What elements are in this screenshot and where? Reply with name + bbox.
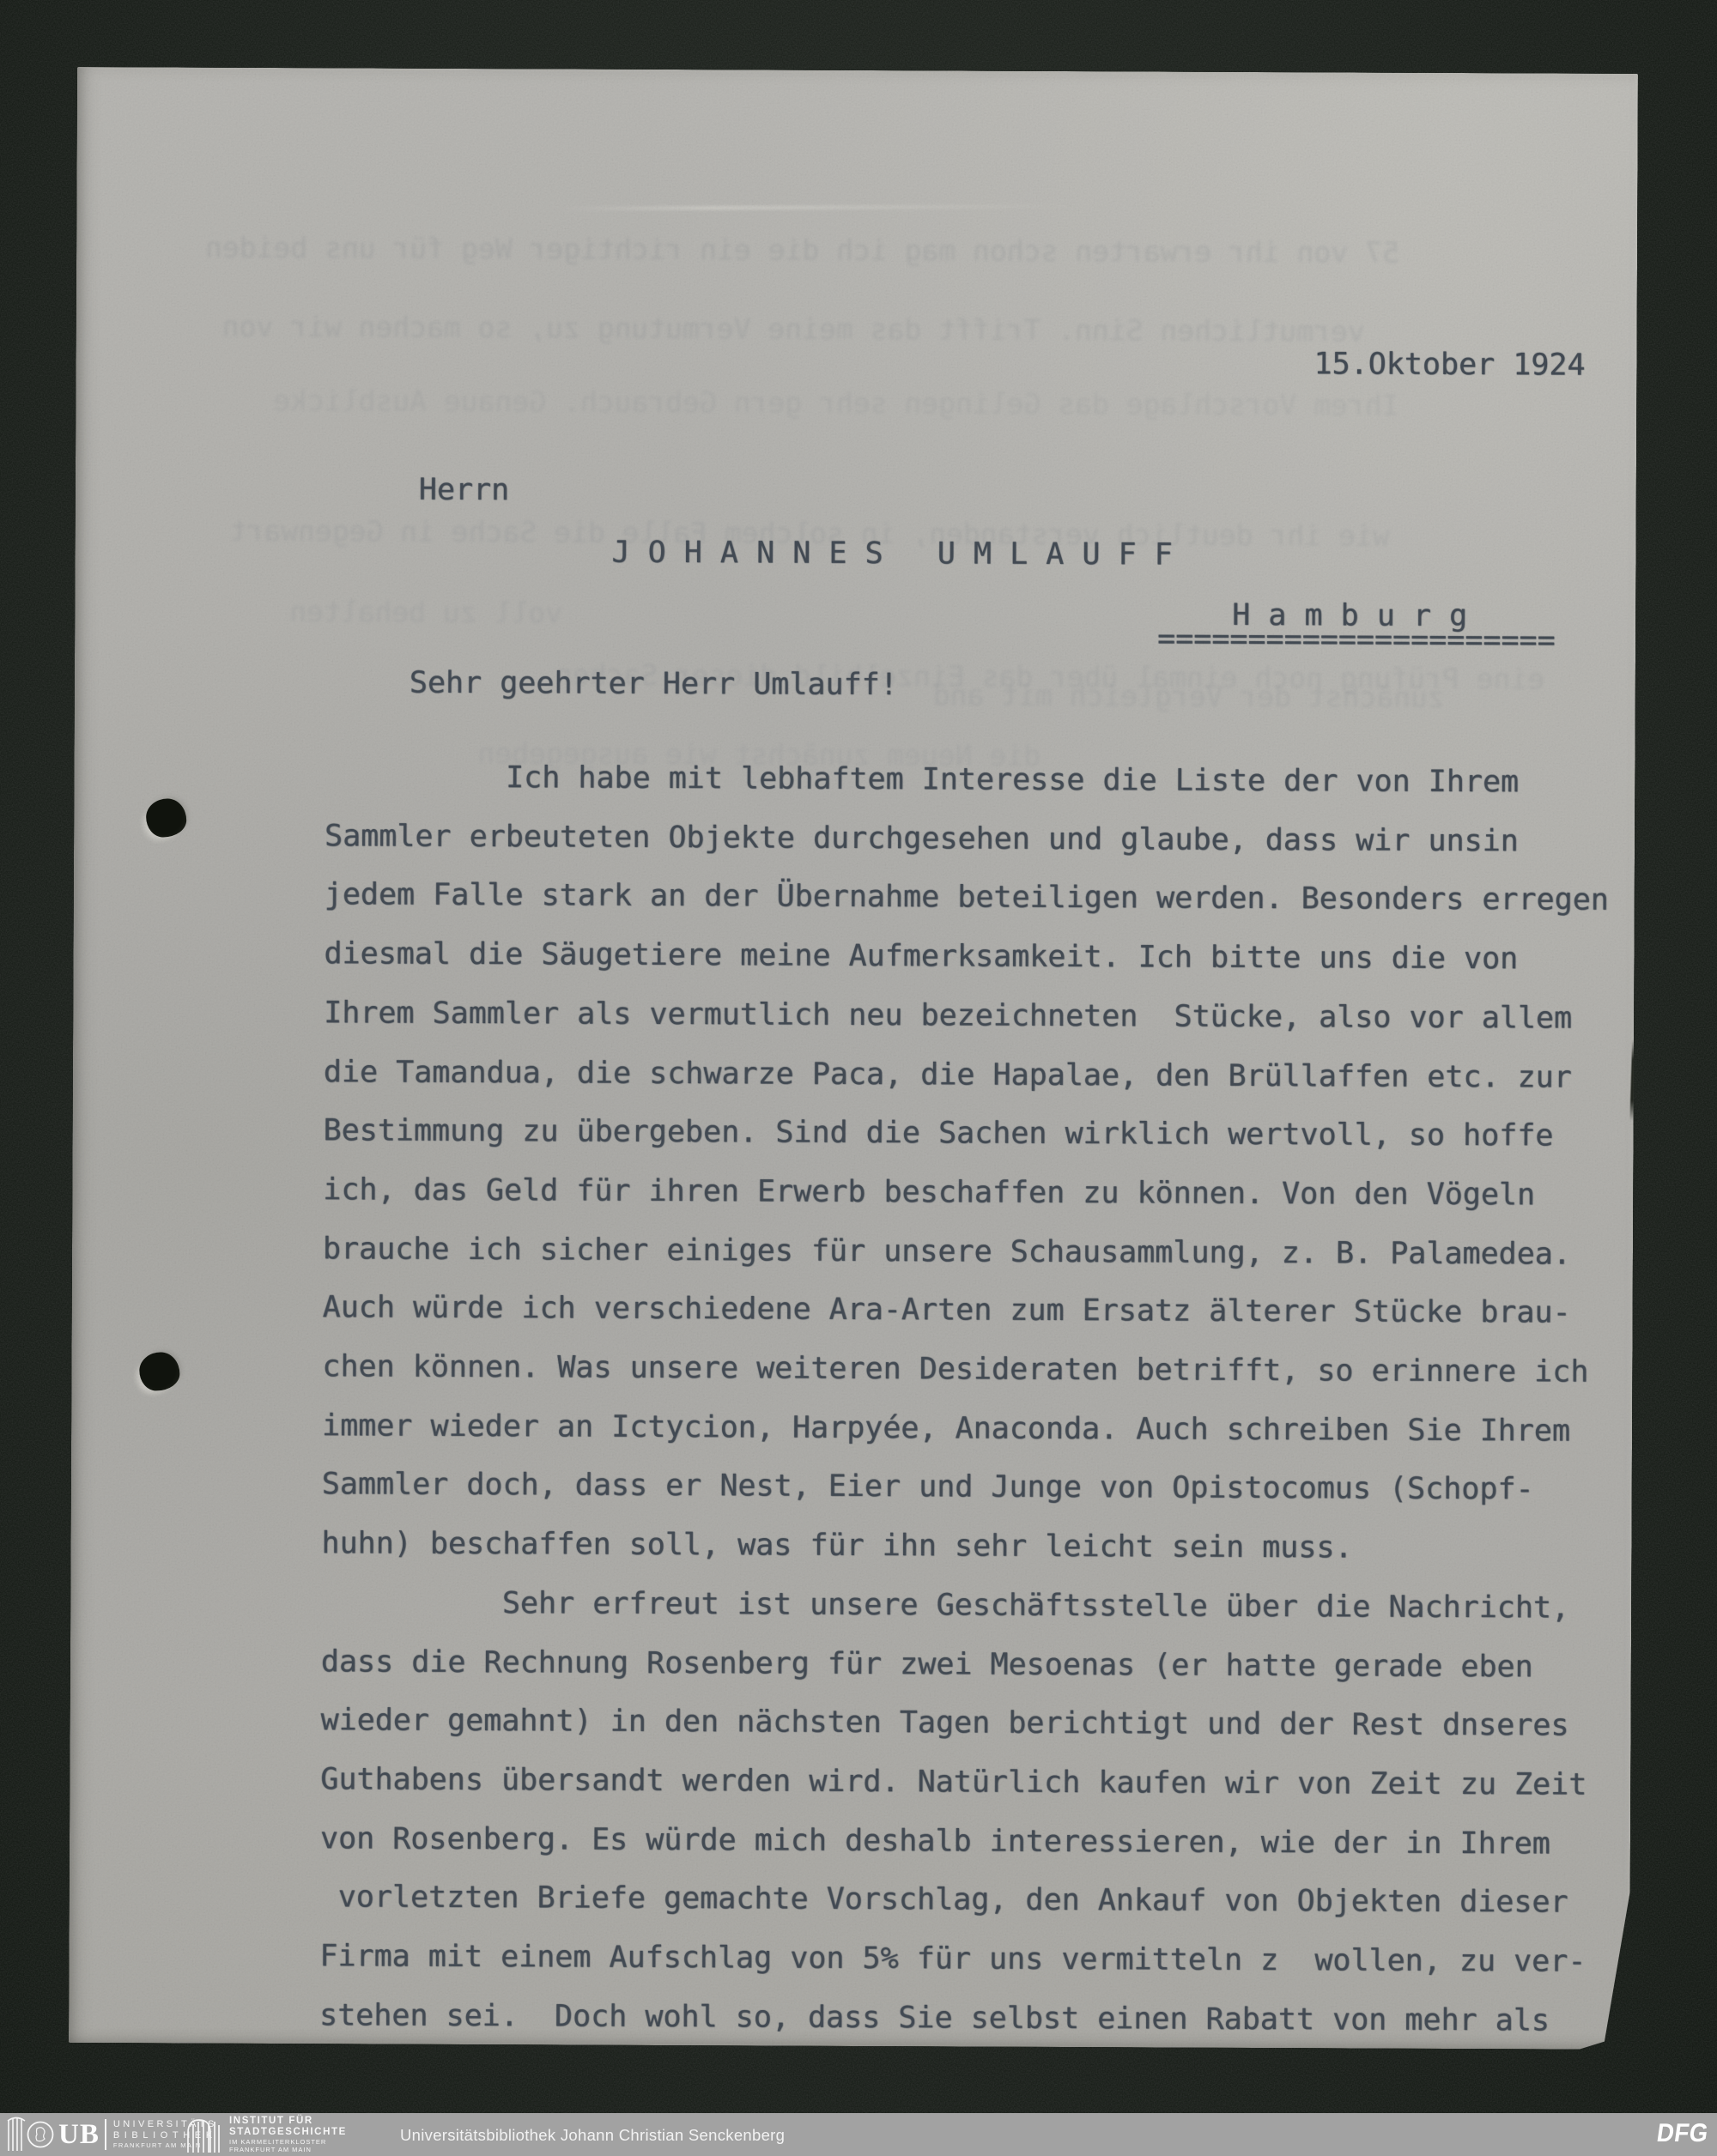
recipient-salutation: Herrn bbox=[419, 473, 510, 507]
paper-crease bbox=[557, 204, 1072, 210]
scanned-letter-view: 57 von ihr erwarten schon mag ich die ei… bbox=[0, 0, 1717, 2156]
recipient-name: J O H A N N E S U M L A U F F bbox=[611, 536, 1172, 572]
ub-columns-icon bbox=[7, 2117, 26, 2153]
punch-hole-top bbox=[146, 798, 186, 837]
institut-logo-text: INSTITUT FÜR STADTGESCHICHTE IM KARMELIT… bbox=[229, 2116, 347, 2154]
letter-greeting: Sehr geehrter Herr Umlauff! bbox=[410, 666, 898, 702]
bleed-through-text: voll zu behalten bbox=[289, 595, 562, 629]
bleed-through-text: zunächst der Vergleich mit and bbox=[933, 678, 1445, 714]
institut-line: STADTGESCHICHTE bbox=[229, 2127, 347, 2138]
logo-divider bbox=[105, 2119, 106, 2150]
bleed-through-text: 57 von ihr erwarten schon mag ich die ei… bbox=[205, 231, 1399, 269]
city-underline: ====================== bbox=[1157, 621, 1556, 657]
institut-line: FRANKFURT AM MAIN bbox=[229, 2146, 347, 2154]
footer-bar: UB UNIVERSITÄTS BIBLIOTHEK FRANKFURT AM … bbox=[0, 2113, 1717, 2156]
bleed-through-layer: 57 von ihr erwarten schon mag ich die ei… bbox=[77, 67, 1638, 74]
bleed-through-text: vermutlichen Sinn. Trifft das meine Verm… bbox=[222, 310, 1365, 348]
letter-page: 57 von ihr erwarten schon mag ich die ei… bbox=[69, 67, 1638, 2050]
institut-logo: INSTITUT FÜR STADTGESCHICHTE IM KARMELIT… bbox=[185, 2113, 347, 2156]
dfg-logo: DFG bbox=[1655, 2119, 1710, 2148]
punch-hole-bottom bbox=[139, 1352, 179, 1390]
letter-date: 15.Oktober 1924 bbox=[1314, 347, 1585, 382]
bleed-through-text: Ihrem Vorschlage das Gelingen sehr gern … bbox=[273, 384, 1398, 422]
institut-arch-icon bbox=[185, 2117, 221, 2153]
institut-line: INSTITUT FÜR bbox=[229, 2116, 347, 2127]
institut-line: IM KARMELITERKLOSTER bbox=[229, 2138, 347, 2147]
ub-abbr: UB bbox=[58, 2119, 100, 2151]
footer-caption: Universitätsbibliothek Johann Christian … bbox=[400, 2113, 785, 2156]
ub-portrait-icon bbox=[26, 2120, 55, 2149]
letter-body: Ich habe mit lebhaftem Interesse die Lis… bbox=[319, 748, 1638, 2050]
